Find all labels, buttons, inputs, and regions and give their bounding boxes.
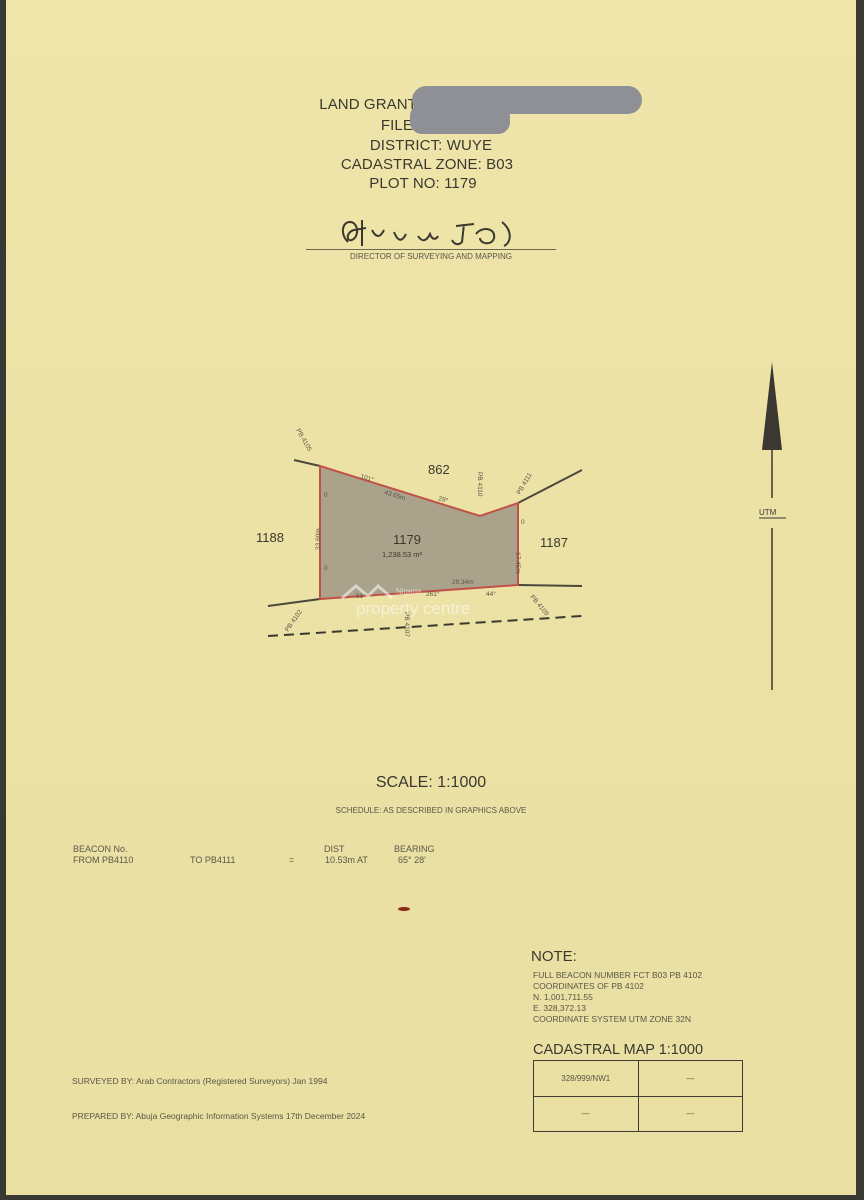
svg-text:0: 0 — [521, 519, 525, 526]
beacon-to: TO PB4111 — [190, 855, 236, 865]
svg-text:property centre: property centre — [356, 599, 470, 618]
beacon-from: FROM PB4110 — [73, 855, 133, 865]
svg-text:44°: 44° — [486, 590, 496, 598]
note-line: COORDINATE SYSTEM UTM ZONE 32N — [533, 1014, 691, 1024]
note-line: FULL BEACON NUMBER FCT B03 PB 4102 — [533, 970, 702, 980]
dist-header: DIST — [324, 844, 345, 854]
note-title: NOTE: — [531, 948, 577, 965]
svg-text:29.34m: 29.34m — [452, 579, 474, 586]
neighbor-862: 862 — [428, 462, 450, 477]
neighbor-1188: 1188 — [256, 530, 284, 545]
svg-text:0: 0 — [324, 492, 328, 499]
utm-label: UTM — [759, 508, 777, 517]
map-sheet-cell: — — [638, 1061, 743, 1097]
red-mark — [398, 907, 410, 911]
cadastral-document: LAND GRANTED TO FILE NO: M DISTRICT: WUY… — [6, 0, 856, 1195]
scale-label: SCALE: 1:1000 — [6, 774, 856, 792]
plot-map: 862 1188 1187 1179 1,238.53 m² 101° 43.6… — [6, 0, 856, 720]
watermark: Nigeria property centre — [342, 586, 470, 618]
svg-text:17.45m: 17.45m — [514, 552, 521, 574]
note-line: N. 1,001,711.55 — [533, 992, 593, 1002]
svg-text:PB 4102: PB 4102 — [284, 608, 304, 633]
beacon-header: BEACON No. — [73, 844, 128, 854]
svg-text:PB 4111: PB 4111 — [516, 471, 534, 496]
svg-text:261°: 261° — [426, 590, 440, 598]
svg-text:33.60m: 33.60m — [315, 528, 322, 550]
map-sheet-cell: — — [534, 1096, 639, 1132]
prepared-by: PREPARED BY: Abuja Geographic Informatio… — [72, 1111, 365, 1121]
svg-text:Nigeria: Nigeria — [396, 587, 422, 596]
neighbor-1187: 1187 — [540, 535, 568, 550]
svg-text:PB 4109: PB 4109 — [528, 594, 550, 618]
schedule-text: SCHEDULE: AS DESCRIBED IN GRAPHICS ABOVE — [6, 806, 856, 815]
cadastral-map-table: 328/999/NW1 — — — — [533, 1060, 743, 1132]
plot-area: 1,238.53 m² — [382, 550, 423, 559]
note-line: COORDINATES OF PB 4102 — [533, 981, 644, 991]
beacon-distance: 10.53m AT — [325, 855, 368, 865]
svg-text:0: 0 — [324, 565, 328, 572]
map-sheet-cell: 328/999/NW1 — [534, 1061, 639, 1097]
bearing-header: BEARING — [394, 844, 435, 854]
cadastral-map-title: CADASTRAL MAP 1:1000 — [533, 1042, 703, 1058]
beacon-bearing: 65° 28' — [398, 855, 426, 865]
plot-label: 1179 — [393, 532, 421, 547]
svg-text:PB 4110: PB 4110 — [476, 472, 483, 497]
surveyed-by: SURVEYED BY: Arab Contractors (Registere… — [72, 1076, 327, 1086]
note-line: E. 328,372.13 — [533, 1003, 586, 1013]
svg-text:PB 4105: PB 4105 — [294, 428, 313, 453]
map-sheet-cell: — — [638, 1096, 743, 1132]
beacon-equals: = — [289, 855, 294, 865]
